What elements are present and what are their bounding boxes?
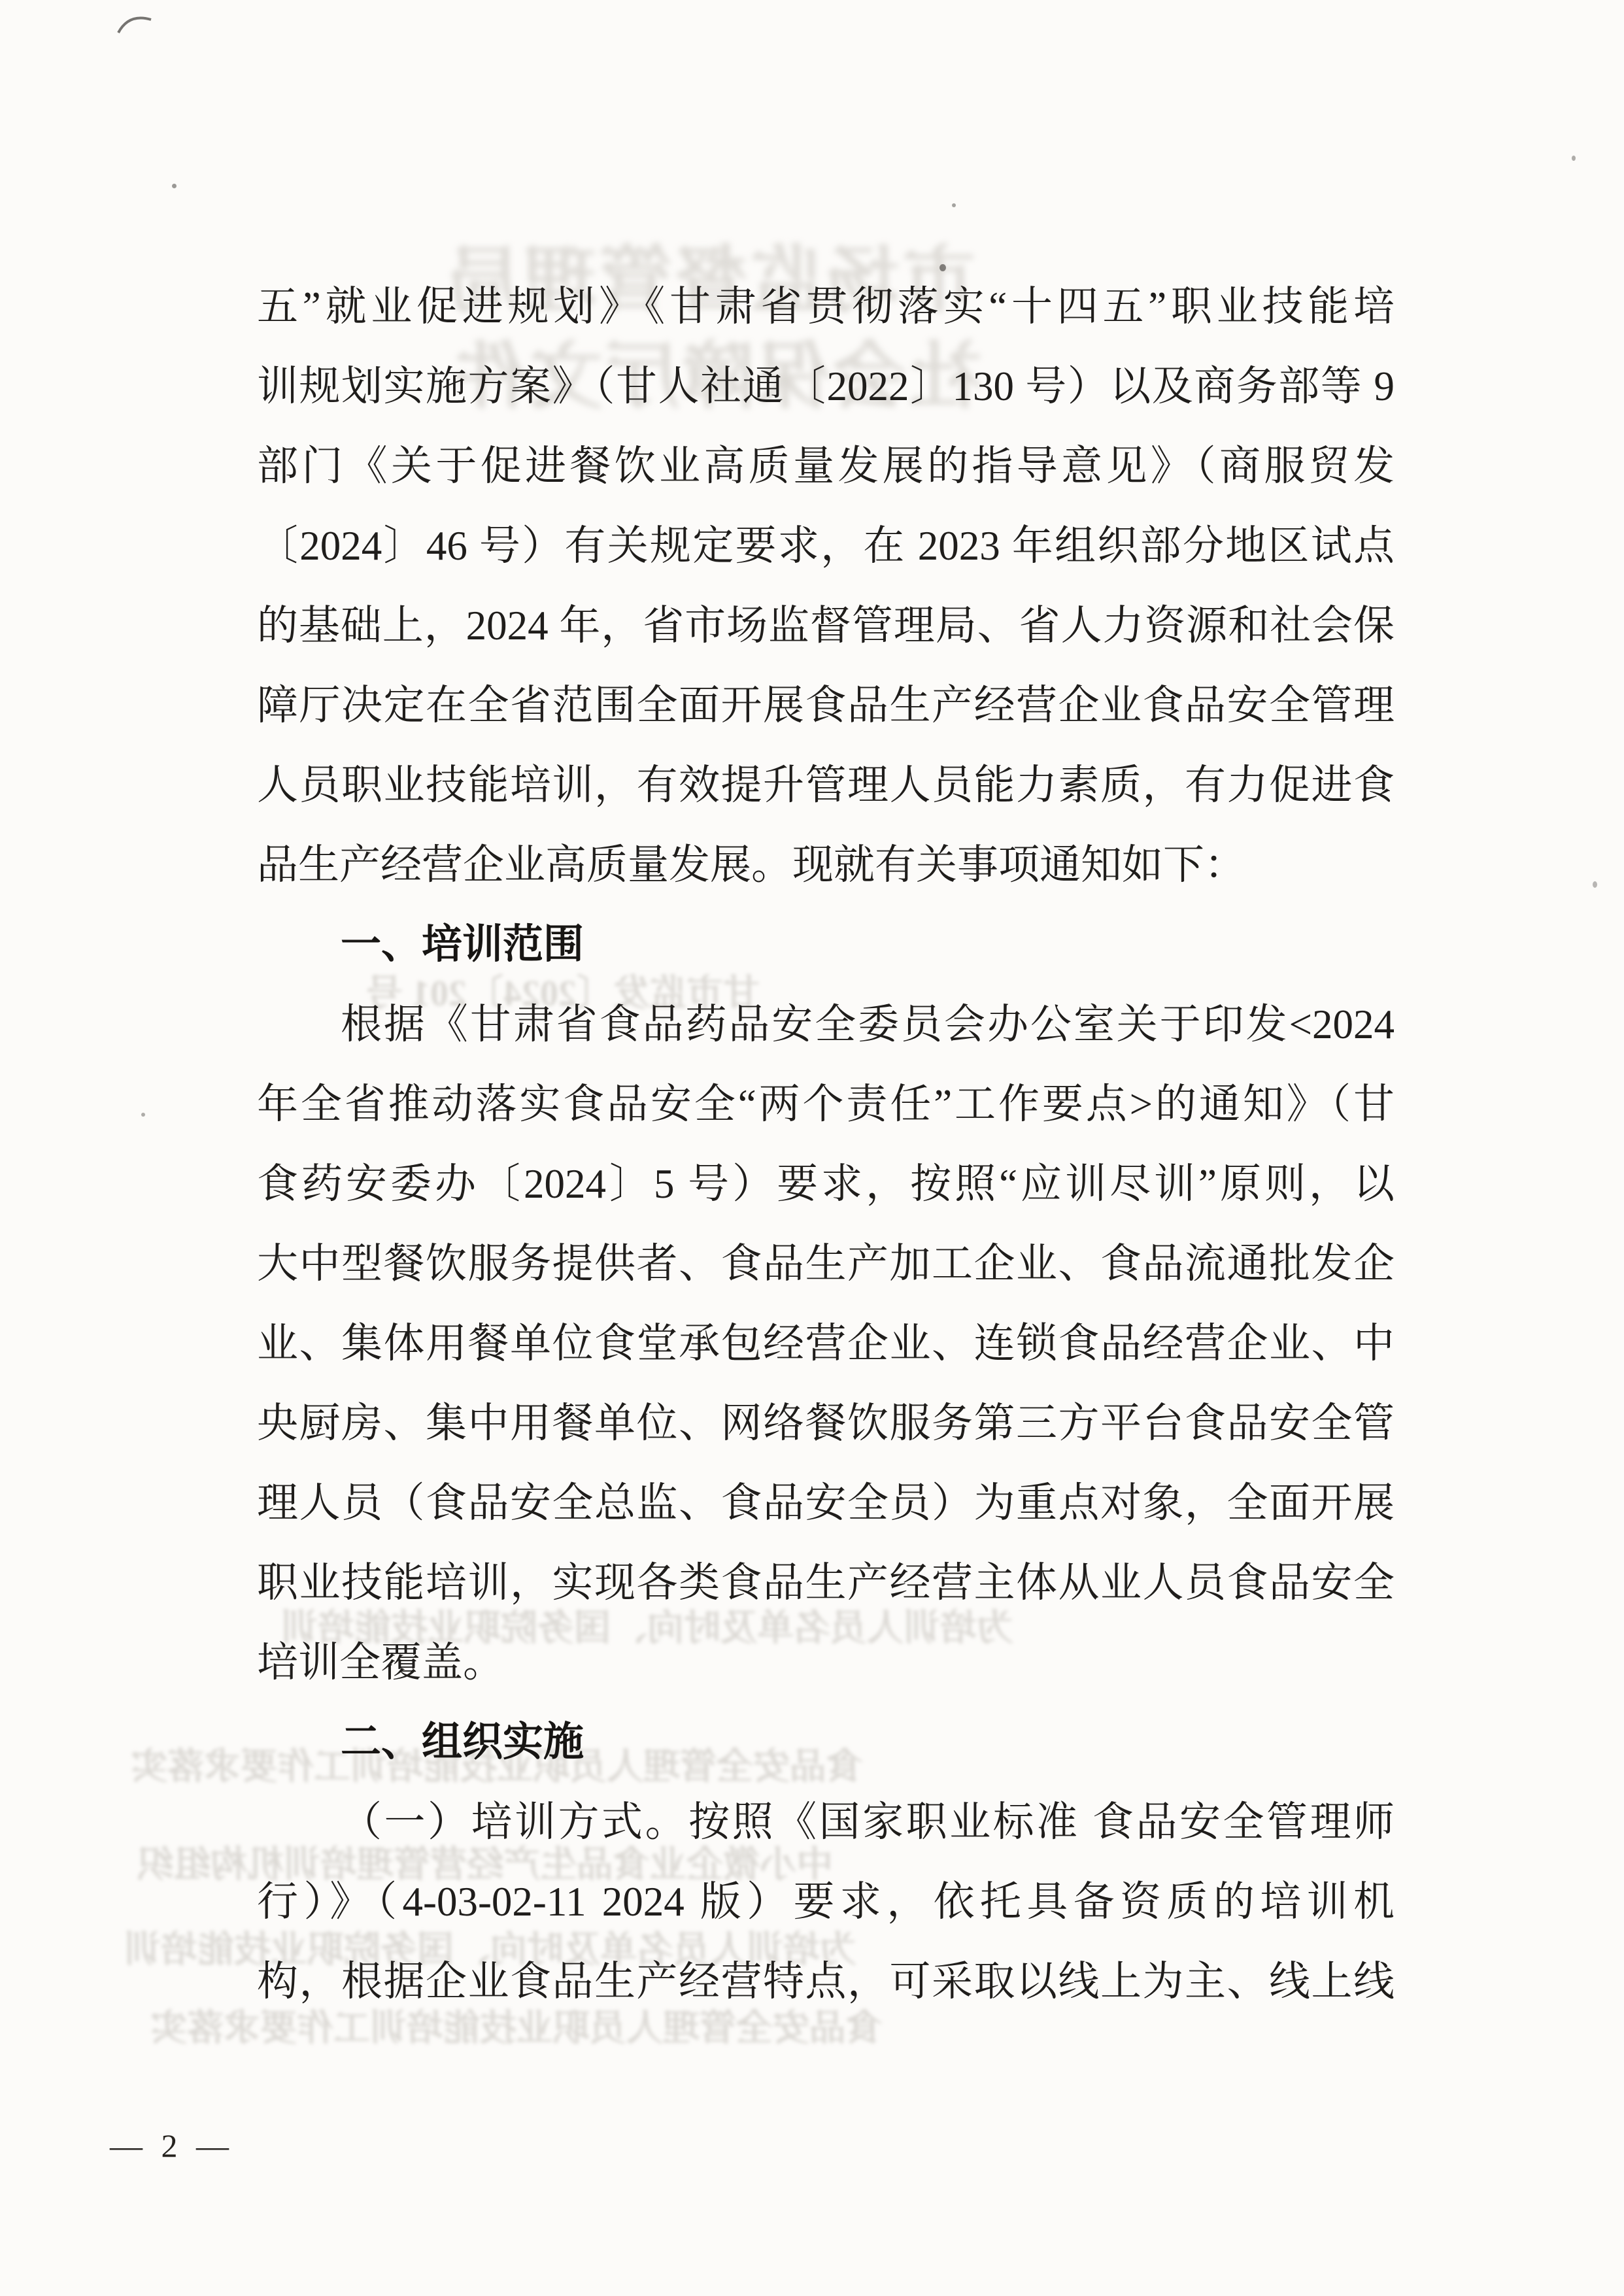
scan-speck	[1572, 156, 1576, 161]
text-line: 培训全覆盖。	[257, 1623, 1395, 1702]
text-line: 品生产经营企业高质量发展。现就有关事项通知如下：	[257, 825, 1395, 905]
text-line: （一）培训方式。按照《国家职业标准 食品安全管理师（试	[257, 1782, 1395, 1862]
text-line: 障厅决定在全省范围全面开展食品生产经营企业食品安全管理	[257, 666, 1395, 745]
text-line: 业、集体用餐单位食堂承包经营企业、连锁食品经营企业、中	[257, 1304, 1395, 1383]
scan-speck	[952, 203, 956, 207]
text-line: 大中型餐饮服务提供者、食品生产加工企业、食品流通批发企	[257, 1224, 1395, 1304]
text-line: 人员职业技能培训，有效提升管理人员能力素质，有力促进食	[257, 745, 1395, 825]
text-line: 年全省推动落实食品安全“两个责任”工作要点>的通知》（甘	[257, 1064, 1395, 1144]
section-heading-2: 二、组织实施	[257, 1702, 1395, 1782]
text-line: 〔2024〕46 号）有关规定要求，在 2023 年组织部分地区试点	[257, 506, 1395, 586]
scan-speck	[1593, 881, 1597, 888]
section-heading-1: 一、培训范围	[257, 905, 1395, 985]
text-line: 行）》（4-03-02-11 2024 版）要求，依托具备资质的培训机	[257, 1862, 1395, 1942]
text-line: 的基础上，2024 年，省市场监督管理局、省人力资源和社会保	[257, 586, 1395, 666]
text-line: 职业技能培训，实现各类食品生产经营主体从业人员食品安全	[257, 1543, 1395, 1623]
text-line: 构，根据企业食品生产经营特点，可采取以线上为主、线上线	[257, 1942, 1395, 2021]
text-line: 五”就业促进规划》《甘肃省贯彻落实“十四五”职业技能培	[257, 267, 1395, 346]
text-line: 食药安委办〔2024〕5 号）要求，按照“应训尽训”原则，以	[257, 1144, 1395, 1224]
scan-speck	[172, 184, 177, 188]
scan-speck	[141, 1113, 145, 1117]
text-line: 理人员（食品安全总监、食品安全员）为重点对象，全面开展	[257, 1463, 1395, 1543]
text-line: 根据《甘肃省食品药品安全委员会办公室关于印发<2024	[257, 985, 1395, 1064]
document-body: 五”就业促进规划》《甘肃省贯彻落实“十四五”职业技能培 训规划实施方案》（甘人社…	[257, 267, 1395, 2021]
document-page: 市场监督管理局 社会保障厅文件 甘市监发〔2024〕201 号 为培训人员名单及…	[0, 0, 1624, 2296]
text-line: 央厨房、集中用餐单位、网络餐饮服务第三方平台食品安全管	[257, 1383, 1395, 1463]
text-line: 部门《关于促进餐饮业高质量发展的指导意见》（商服贸发	[257, 426, 1395, 506]
pen-mark	[114, 9, 155, 37]
page-number: — 2 —	[110, 2119, 234, 2172]
text-line: 训规划实施方案》（甘人社通〔2022〕130 号）以及商务部等 9	[257, 346, 1395, 426]
